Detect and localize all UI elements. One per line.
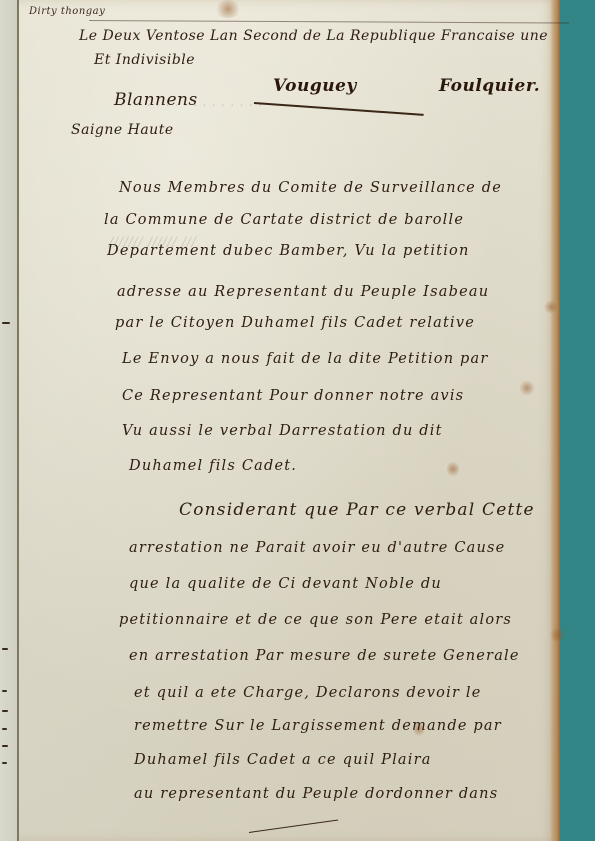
signature: Foulquier. <box>439 76 540 96</box>
stain <box>519 380 535 396</box>
ink-mark <box>2 745 8 747</box>
body-line: Duhamel fils Cadet. <box>129 458 297 474</box>
place-name: Blannens <box>114 90 198 110</box>
ink-mark <box>2 762 7 764</box>
signature: Vouguey <box>273 76 357 96</box>
stain <box>447 460 459 478</box>
body-line: et quil a ete Charge, Declarons devoir l… <box>134 685 482 701</box>
body-line: arrestation ne Parait avoir eu d'autre C… <box>129 540 505 556</box>
ink-mark <box>2 690 7 692</box>
date-line-continued: Et Indivisible <box>94 52 195 68</box>
body-line: Considerant que Par ce verbal Cette <box>179 500 535 520</box>
location-name: Saigne Haute <box>71 122 174 138</box>
stain <box>544 300 558 314</box>
signature-flourish <box>254 102 424 116</box>
paper-edge <box>550 0 560 841</box>
ink-mark <box>2 710 8 712</box>
body-line: par le Citoyen Duhamel fils Cadet relati… <box>115 315 475 331</box>
body-line: Departement dubec Bamber, Vu la petition <box>107 243 470 259</box>
body-line: petitionnaire et de ce que son Pere etai… <box>119 612 512 628</box>
body-line: la Commune de Cartate district de baroll… <box>104 212 464 228</box>
body-line: Nous Membres du Comite de Surveillance d… <box>119 180 502 196</box>
ink-mark <box>2 648 8 650</box>
date-line: Le Deux Ventose Lan Second de La Republi… <box>79 28 548 44</box>
body-line: Ce Representant Pour donner notre avis <box>122 388 464 404</box>
closing-flourish <box>249 819 338 833</box>
margin-note: Dirty thongay <box>29 6 105 17</box>
body-line: Duhamel fils Cadet a ce quil Plaira <box>134 752 432 768</box>
adjacent-page-edge <box>0 0 19 841</box>
ink-mark <box>2 322 10 324</box>
ink-mark <box>2 728 7 730</box>
body-line: Le Envoy a nous fait de la dite Petition… <box>122 351 489 367</box>
body-line: que la qualite de Ci devant Noble du <box>129 576 442 592</box>
body-line: en arrestation Par mesure de surete Gene… <box>129 648 520 664</box>
body-line: adresse au Representant du Peuple Isabea… <box>117 284 489 300</box>
body-line: au representant du Peuple dordonner dans <box>134 786 498 802</box>
ruled-line <box>89 20 569 24</box>
stain <box>549 628 567 642</box>
stain <box>214 0 242 18</box>
body-line: remettre Sur le Largissement demande par <box>134 718 502 734</box>
manuscript-page: . . . . . . . . . . . . . . . . /////// … <box>19 0 560 841</box>
body-line: Vu aussi le verbal Darrestation du dit <box>122 423 443 439</box>
